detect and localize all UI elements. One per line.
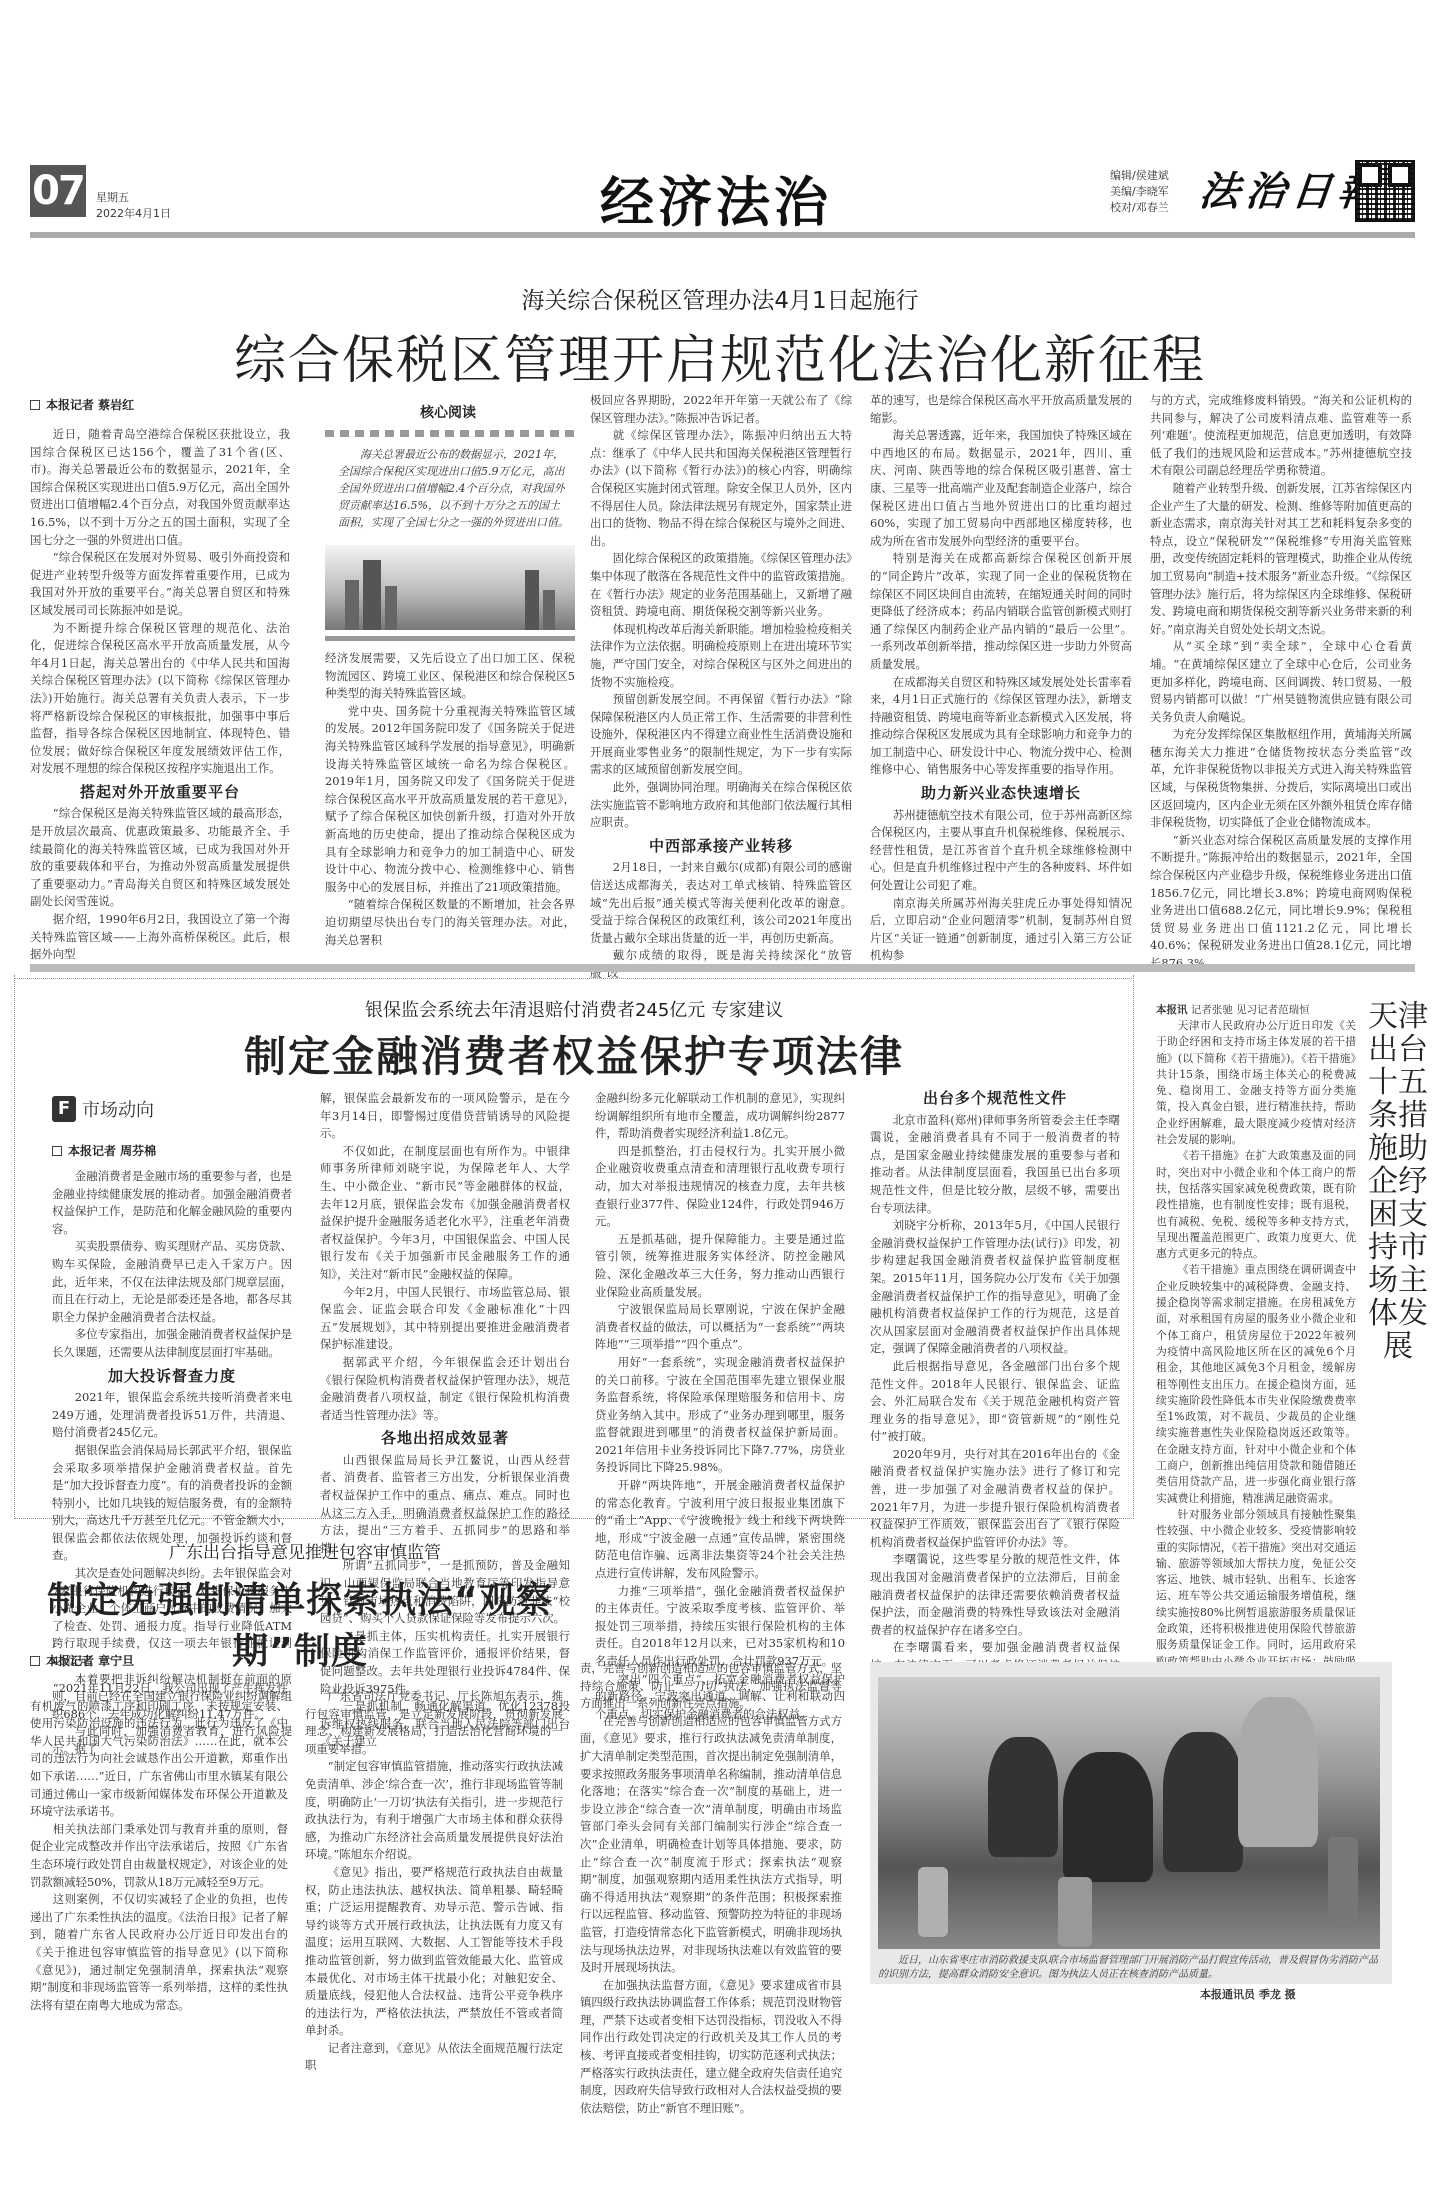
article3-column-3: 责，完善与创新创造相适应的包容审慎监管方式，坚持综合施策、防止“一刀切”执法，加… [580,1660,842,2117]
skyline-photo [325,545,575,630]
proofreader: 校对/邓春兰 [1110,200,1169,216]
article3-kicker: 广东出台指导意见推进包容审慎监管 [30,1538,580,1563]
paragraph: 苏州捷德航空技术有限公司，位于苏州高新区综合保税区内，主要从事直升机保税维修、保… [870,807,1132,895]
paragraph: “2021年11月22日，我公司出现了产生挥发性有机废气的喷漆工序和印刷工序，未… [30,1680,288,1821]
article1-column-3: 极回应各界期盼，2022年开年第一天就公布了《综保区管理办法》。”陈振冲告诉记者… [590,392,852,983]
paragraph: “综合保税区在发展对外贸易、吸引外商投资和促进产业转型升级等方面发挥着重要作用，… [30,549,290,619]
paragraph: 南京海关所属苏州海关驻虎丘办事处得知情况后，立即启动“企业问题清零”机制，复制苏… [870,895,1132,965]
paragraph: 解，银保监会最新发布的一项风险警示，是在今年3月14日，即警惕过度借贷营销诱导的… [320,1090,570,1143]
tianjin-byline: 本报讯 记者张驰 见习记者范瑞恒 [1156,1002,1356,1017]
paragraph: 革的速写，也是综合保税区高水平开放高质量发展的缩影。 [870,392,1132,427]
paragraph: 随着产业转型升级、创新发展，江苏省综保区内企业产生了大量的研发、检测、维修等附加… [1150,480,1412,638]
article1-column-2: 经济发展需要，又先后设立了出口加工区、保税物流园区、跨境工业区、保税港区和综合保… [325,650,575,949]
paragraph: 《意见》指出，要严格规范行政执法自由裁量权，防止违法执法、越权执法、简单粗暴、畸… [305,1864,563,2040]
subheading: 出台多个规范性文件 [870,1090,1120,1108]
article1-column-5: 与的方式，完成维修废料销毁。“海关和公证机构的共同参与，解决了公司废料清点难、监… [1150,392,1412,973]
article1-column-4: 革的速写，也是综合保税区高水平开放高质量发展的缩影。海关总署透露，近年来，我国加… [870,392,1132,965]
article2-kicker: 银保监会系统去年清退赔付消费者245亿元 专家建议 [14,996,1134,1022]
paragraph: 五是抓基础，提升保障能力。主要是通过监管引领，统筹推进服务实体经济、防控金融风险… [595,1231,845,1301]
paragraph: 金融消费者是金融市场的重要参与者，也是金融业持续健康发展的推动者。加强金融消费者… [52,1168,292,1238]
editor-credits: 编辑/侯建斌 美编/李晓军 校对/邓春兰 [1110,168,1169,216]
paragraph: 固化综合保税区的政策措施。《综保区管理办法》集中体现了散落在各规范性文件中的监管… [590,550,852,620]
paragraph: 特别是海关在成都高新综合保税区创新开展的“同企跨片”改革，实现了同一企业的保税货… [870,550,1132,673]
dotted-rule [14,978,1134,979]
paragraph: 2021年，银保监会系统共接听消费者来电249万通，处理消费者投诉51万件，共清… [52,1389,292,1442]
photo-credit: 本报通讯员 季龙 摄 [1200,1986,1296,2002]
paragraph: 天津市人民政府办公厅近日印发《关于助企纾困和支持市场主体发展的若干措施》(以下简… [1156,1018,1356,1148]
paragraph: 2月18日，一封来自戴尔(成都)有限公司的感谢信送达成都海关，表达对工单式核销、… [590,859,852,947]
fire-extinguisher-inspection-photo [878,1677,1380,1949]
article1-headline: 综合保税区管理开启规范化法治化新征程 [0,318,1440,393]
paragraph: 金融纠纷多元化解联动工作机制的意见》，实现纠纷调解组织所有地市全覆盖，成功调解纠… [595,1090,845,1143]
qr-code-icon[interactable] [1355,160,1415,222]
subheading: 助力新兴业态快速增长 [870,785,1132,803]
section-title: 经济法治 [600,160,832,237]
paragraph: 记者注意到，《意见》从依法全面规范履行法定职 [305,2040,563,2075]
paragraph: 在加强执法监督方面，《意见》要求建成省市县镇四级行政执法协调监督工作体系；规范罚… [580,1977,842,2118]
article3-column-2: 广东省司法厅党委书记、厅长陈旭东表示，推行包容审慎监管，是立足新发展阶段，贯彻新… [305,1688,563,2075]
paragraph: “随着综合保税区数量的不断增加，社会各界迫切期望尽快出台专门的海关管理办法。对此… [325,896,575,949]
paragraph: 四是抓整治，打击侵权行为。扎实开展小微企业融资收费重点清查和清理银行乱收费专项行… [595,1143,845,1231]
byline-box-icon [30,400,40,410]
paragraph: 刘晓宇分析称，2013年5月，《中国人民银行金融消费权益保护工作管理办法(试行)… [870,1217,1120,1358]
paragraph: 在完善与创新创造相适应的包容审慎监管方式方面，《意见》要求，推行行政执法减免责清… [580,1713,842,1977]
paragraph: 据介绍，1990年6月2日，我国设立了第一个海关特殊监管区域——上海外高桥保税区… [30,911,290,964]
article3-column-1: “2021年11月22日，我公司出现了产生挥发性有机废气的喷漆工序和印刷工序，未… [30,1680,288,2014]
paragraph: 预留创新发展空间。不再保留《暂行办法》“除保障保税港区内人员正常工作、生活需要的… [590,691,852,779]
photo-caption: 近日，山东省枣庄市消防救援支队联合市场监督管理部门开展消防产品打假宣传活动，普及… [878,1954,1380,1982]
paragraph: 近日，随着青岛空港综合保税区获批设立，我国综合保税区已达156个，覆盖了31个省… [30,426,290,549]
section-divider [30,964,1415,972]
paragraph: 不仅如此，在制度层面也有所作为。中银律师事务所律师刘晓宇说，为保障老年人、大学生… [320,1143,570,1284]
paragraph: 体现机构改革后海关新职能。增加检验检疫相关法律作为立法依据。明确检疫原则上在进出… [590,621,852,691]
byline-box-icon [30,1656,40,1666]
article2-column-4: 出台多个规范性文件北京市盈科(郑州)律师事务所管委会主任李曙霭说，金融消费者具有… [870,1084,1120,1745]
paragraph: 此外，强调协同治理。明确海关在综合保税区依法实施监管不影响地方政府和其他部门依法… [590,779,852,832]
paragraph: 海关总署透露，近年来，我国加快了特殊区域在中西地区的布局。数据显示，2021年，… [870,427,1132,550]
paragraph: 《若干措施》在扩大政策惠及面的同时，突出对中小微企业和个体工商户的帮扶，包括落实… [1156,1148,1356,1262]
paragraph: “新兴业态对综合保税区高质量发展的支撑作用不断提升。”陈振冲给出的数据显示，20… [1150,832,1412,973]
paragraph: 此后根据指导意见，各金融部门出台多个规范性文件。2018年人民银行、银保监会、证… [870,1358,1120,1446]
issue-date: 2022年4月1日 [96,205,171,221]
paragraph: 党中央、国务院十分重视海关特殊监管区域的发展。2012年国务院印发了《国务院关于… [325,703,575,897]
paragraph: 李曙霭说，这些零星分散的规范性文件，体现出我国对金融消费者保护的立法滞后，目前金… [870,1551,1120,1639]
paragraph: 为充分发挥综保区集散枢纽作用，黄埔海关所属穗东海关大力推进“仓储货物按状态分类监… [1150,726,1412,832]
paragraph: 宁波银保监局局长覃刚说，宁波在保护金融消费者权益的做法，可以概括为“一套系统”“… [595,1301,845,1354]
article2-byline: 本报记者 周芬棉 [52,1142,156,1159]
paragraph: 这则案例，不仅切实减轻了企业的负担，也传递出了广东柔性执法的温度。《法治日报》记… [30,1891,288,2014]
editor: 编辑/侯建斌 [1110,168,1169,184]
paragraph: 与的方式，完成维修废料销毁。“海关和公证机构的共同参与，解决了公司废料清点难、监… [1150,392,1412,480]
paragraph: 广东省司法厅党委书记、厅长陈旭东表示，推行包容审慎监管，是立足新发展阶段，贯彻新… [305,1688,563,1758]
article1-kicker: 海关综合保税区管理办法4月1日起施行 [0,282,1440,315]
column-label: 市场动向 [82,1096,154,1122]
paragraph: 开辟“两块阵地”，开展金融消费者权益保护的常态化教育。宁波利用宁波日报报业集团旗… [595,1477,845,1583]
article1-column-1: 近日，随着青岛空港综合保税区获批设立，我国综合保税区已达156个，覆盖了31个省… [30,426,290,964]
paragraph: 为不断提升综合保税区管理的规范化、法治化，促进综合保税区高水平开放高质量发展，从… [30,620,290,778]
masthead-divider [30,232,1415,238]
market-column-icon: F [52,1096,76,1122]
paragraph: “综合保税区是海关特殊监管区域的最高形态，是开放层次最高、优惠政策最多、功能最齐… [30,805,290,911]
paragraph: 就《综保区管理办法》，陈振冲归纳出五大特点：继承了《中华人民共和国海关保税港区管… [590,427,852,550]
dotted-divider [325,430,575,437]
paragraph: 北京市盈科(郑州)律师事务所管委会主任李曙霭说，金融消费者具有不同于一般消费者的… [870,1112,1120,1218]
paragraph: 极回应各界期盼，2022年开年第一天就公布了《综保区管理办法》。”陈振冲告诉记者… [590,392,852,427]
article2-column-3: 金融纠纷多元化解联动工作机制的意见》，实现纠纷调解组织所有地市全覆盖，成功调解纠… [595,1090,845,1723]
subheading: 中西部承接产业转移 [590,838,852,856]
tianjin-vertical-headline: 天津出台十五条措施助企纾困支持市场主体发展 [1368,1000,1428,1363]
paragraph: 力推“三项举措”，强化金融消费者权益保护的主体责任。宁波采取季度考核、监管评价、… [595,1583,845,1671]
page-number: 07 [30,165,86,217]
paragraph: 据郭武平介绍，今年银保监会还计划出台《银行保险机构消费者权益保护管理办法》，规范… [320,1354,570,1424]
paragraph: 今年2月，中国人民银行、市场监管总局、银保监会、证监会联合印发《金融标准化“十四… [320,1284,570,1354]
paragraph: 用好“一套系统”，实现金融消费者权益保护的关口前移。宁波在全国范围率先建立银保业… [595,1354,845,1477]
subheading: 搭起对外开放重要平台 [30,784,290,802]
paragraph: 2020年9月，央行对其在2016年出台的《金融消费者权益保护实施办法》进行了修… [870,1446,1120,1552]
subheading: 加大投诉督查力度 [52,1368,292,1386]
paragraph: 责，完善与创新创造相适应的包容审慎监管方式，坚持综合施策、防止“一刀切”执法，加… [580,1660,842,1713]
tianjin-article-body: 天津市人民政府办公厅近日印发《关于助企纾困和支持市场主体发展的若干措施》(以下简… [1156,1018,1356,1719]
core-reading-text: 海关总署最近公布的数据显示，2021年，全国综合保税区实现进出口值5.9万亿元，… [338,446,570,531]
paragraph: 多位专家指出，加强金融消费者权益保护是长久课题，还需要从法律制度层面打牢基础。 [52,1326,292,1361]
paragraph: 经济发展需要，又先后设立了出口加工区、保税物流园区、跨境工业区、保税港区和综合保… [325,650,575,703]
byline-box-icon [52,1146,62,1156]
art-editor: 美编/李晓军 [1110,184,1169,200]
paragraph: 从“买全球”到“卖全球”，全球中心仓看黄埔。“在黄埔综保区建立了全球中心仓后，公… [1150,638,1412,726]
subheading: 各地出招成效显著 [320,1430,570,1448]
article3-byline: 本报记者 章宁旦 [30,1652,134,1669]
weekday: 星期五 [96,189,129,205]
article1-byline: 本报记者 蔡岩红 [30,396,134,413]
core-reading-title: 核心阅读 [368,402,528,422]
paragraph: “制定包容审慎监管措施，推动落实行政执法减免责清单、涉企‘综合查一次’，推行非现… [305,1758,563,1864]
paragraph: 在成都海关自贸区和特殊区域发展处处长雷率看来，4月1日正式施行的《综保区管理办法… [870,674,1132,780]
article2-headline: 制定金融消费者权益保护专项法律 [14,1024,1134,1084]
paragraph: 买卖股票债券、购买理财产品、买房贷款、购车买保险，金融消费早已走入千家万户。因此… [52,1238,292,1326]
photo-underline [325,636,575,641]
paragraph: 《若干措施》重点围绕在调研调查中企业反映较集中的减税降费、金融支持、援企稳岗等需… [1156,1262,1356,1506]
paragraph: 相关执法部门秉承处罚与教育并重的原则，督促企业完成整改并作出守法承诺后，按照《广… [30,1821,288,1891]
